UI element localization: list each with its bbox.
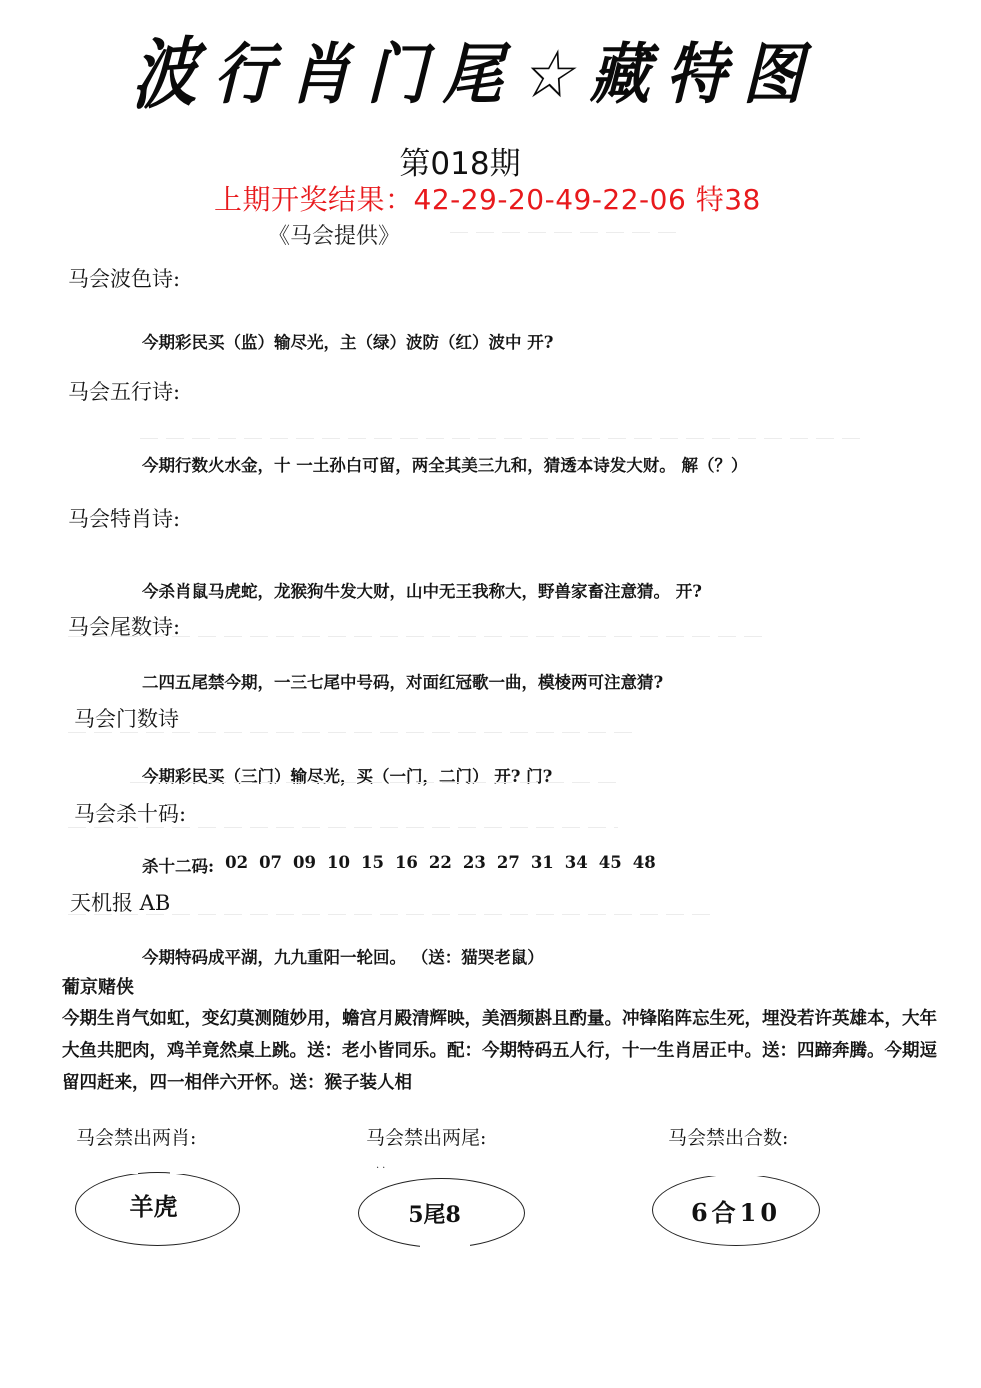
masthead-char: 肖 <box>287 42 363 108</box>
ban-value-zodiac: 羊虎 <box>75 1172 240 1246</box>
star-icon: ☆ <box>516 42 586 108</box>
section-line-five-elements: 今期行数火水金，十 一土孙白可留，两全其美三九和，猜透本诗发大财。 解（？） <box>142 452 748 476</box>
divider <box>130 782 620 783</box>
ban-value-sum: 6合10 <box>652 1174 820 1246</box>
section-heading-special-zodiac: 马会特肖诗: <box>68 503 180 533</box>
section-line-wave-color: 今期彩民买（监）输尽光，主（绿）波防（红）波中 开? <box>142 329 553 353</box>
gambler-paragraph: 今期生肖气如虹，变幻莫测随妙用，蟾宫月殿清辉映，美酒频斟且酌量。冲锋陷阵忘生死，… <box>62 1003 938 1099</box>
ban-value-tail: 5尾8 <box>358 1178 525 1248</box>
section-line-special-zodiac: 今杀肖鼠马虎蛇，龙猴狗牛发大财，山中无王我称大，野兽家畜注意猜。 开? <box>142 578 702 602</box>
decorative-dots: .. <box>376 1160 388 1171</box>
kill-number: 09 <box>293 853 316 877</box>
divider <box>450 232 680 233</box>
kill-numbers-row: 杀十二码: 02 07 09 10 15 16 22 23 27 31 34 4… <box>142 853 656 877</box>
divider <box>140 438 860 439</box>
masthead-char: 尾 <box>440 42 516 108</box>
kill-number: 48 <box>633 853 656 877</box>
masthead-char: 波 <box>128 34 213 115</box>
masthead-char: 行 <box>210 42 286 108</box>
section-line-door-number: 今期彩民买（三门）输尽光，买（一门，二门） 开? 门? <box>142 763 552 787</box>
kill-number: 45 <box>599 853 622 877</box>
section-heading-gambler: 葡京赌侠 <box>62 973 134 999</box>
divider <box>68 914 718 915</box>
divider <box>68 732 638 733</box>
masthead-char: 特 <box>663 42 739 108</box>
ban-value-zodiac-text: 羊虎 <box>130 1187 178 1222</box>
kill-number: 15 <box>361 853 384 877</box>
kill-number: 10 <box>327 853 350 877</box>
divider <box>68 636 768 637</box>
ban-value-sum-text: 6合10 <box>691 1193 781 1228</box>
ban-label-sum: 马会禁出合数: <box>668 1123 788 1150</box>
kill-number: 27 <box>497 853 520 877</box>
last-draw-result: 上期开奖结果：42-29-20-49-22-06 特38 <box>214 178 761 218</box>
ellipse-gap <box>420 1240 470 1250</box>
kill-number: 23 <box>463 853 486 877</box>
kill-number: 31 <box>531 853 554 877</box>
ban-value-tail-text: 5尾8 <box>408 1198 461 1229</box>
kill-number: 07 <box>259 853 282 877</box>
section-line-tianji: 今期特码成平湖，九九重阳一轮回。 （送：猫哭老鼠） <box>142 944 544 968</box>
issue-number: 第018期 <box>0 138 920 183</box>
kill-number: 16 <box>395 853 418 877</box>
section-heading-five-elements: 马会五行诗: <box>68 376 180 406</box>
masthead-char: 图 <box>740 42 816 108</box>
kill-numbers-label: 杀十二码: <box>142 853 214 877</box>
ellipse-gap <box>170 1168 220 1174</box>
divider <box>68 827 618 828</box>
ban-label-tail: 马会禁出两尾: <box>366 1123 486 1150</box>
masthead-char: 门 <box>363 42 439 108</box>
kill-number: 02 <box>225 853 248 877</box>
ban-label-zodiac: 马会禁出两肖: <box>76 1123 196 1150</box>
section-line-tail-number: 二四五尾禁今期，一三七尾中号码，对面红冠歌一曲，模棱两可注意猜? <box>142 669 663 693</box>
section-heading-wave-color: 马会波色诗: <box>68 263 180 293</box>
kill-number: 22 <box>429 853 452 877</box>
masthead-title: 波 行 肖 门 尾 ☆ 藏 特 图 <box>138 30 808 120</box>
masthead-char: 藏 <box>587 42 663 108</box>
section-heading-kill-numbers: 马会杀十码: <box>74 798 186 828</box>
section-heading-door-number: 马会门数诗 <box>74 703 179 733</box>
ellipse-gap <box>690 1170 780 1176</box>
kill-number: 34 <box>565 853 588 877</box>
ellipse-gap <box>98 1168 138 1174</box>
provider-label: 《马会提供》 <box>268 219 400 250</box>
section-heading-tianji: 天机报 AB <box>70 887 170 917</box>
